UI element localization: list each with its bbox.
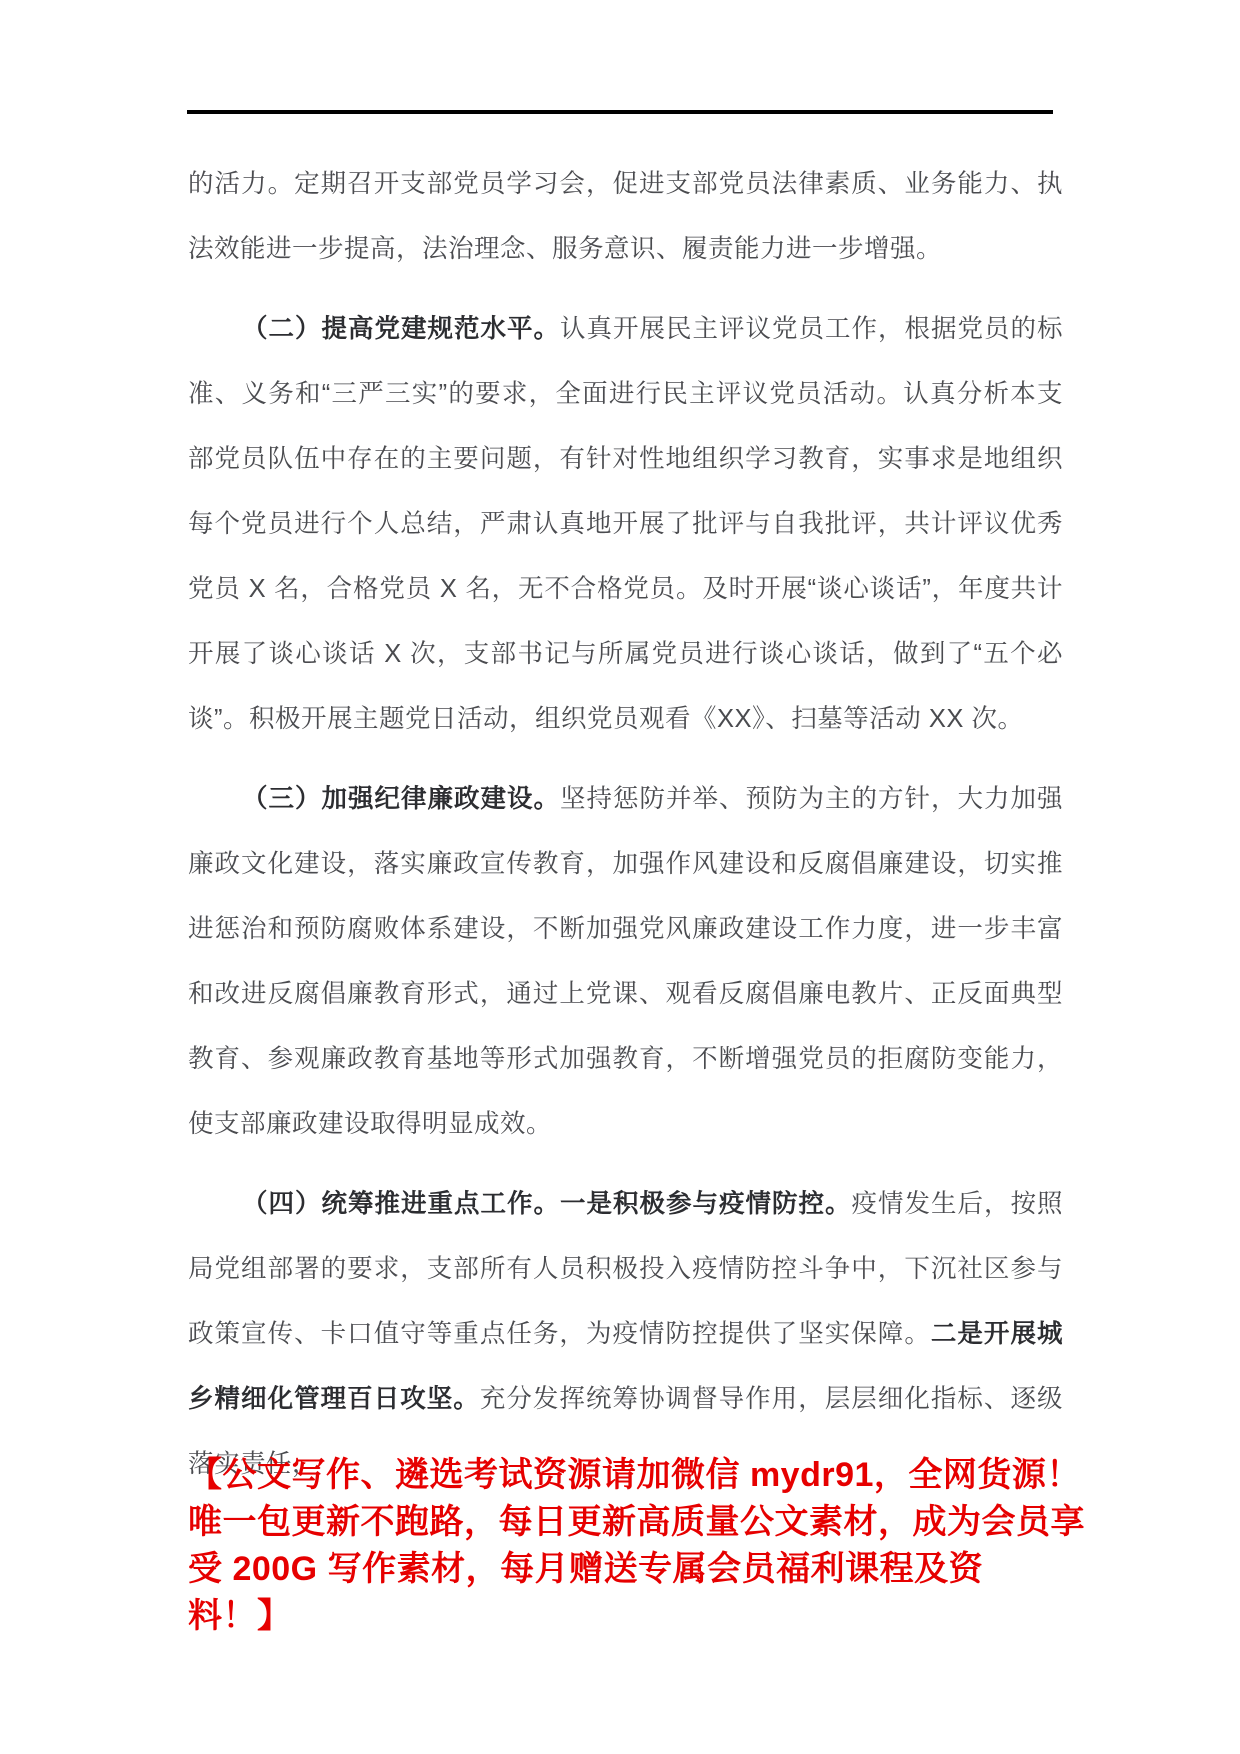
promo-notice-line: 【公文写作、遴选考试资源请加微信 mydr91，全网货源！ bbox=[188, 1452, 1088, 1499]
document-body: 的活力。定期召开支部党员学习会，促进支部党员法律素质、业务能力、执法效能进一步提… bbox=[188, 152, 1063, 1512]
promo-notice-line: 受 200G 写作素材，每月赠送专属会员福利课程及资 bbox=[188, 1546, 1088, 1593]
paragraph: （四）统筹推进重点工作。一是积极参与疫情防控。疫情发生后，按照局党组部署的要求，… bbox=[188, 1172, 1063, 1497]
paragraph-run-bold: （二）提高党建规范水平。 bbox=[242, 315, 560, 343]
paragraph: （二）提高党建规范水平。认真开展民主评议党员工作，根据党员的标准、义务和“三严三… bbox=[188, 297, 1063, 752]
promo-notice: 【公文写作、遴选考试资源请加微信 mydr91，全网货源！唯一包更新不跑路，每日… bbox=[188, 1452, 1088, 1640]
promo-notice-line: 唯一包更新不跑路，每日更新高质量公文素材，成为会员享 bbox=[188, 1499, 1088, 1546]
paragraph: 的活力。定期召开支部党员学习会，促进支部党员法律素质、业务能力、执法效能进一步提… bbox=[188, 152, 1063, 282]
paragraph-run-bold: （四）统筹推进重点工作。一是积极参与疫情防控。 bbox=[242, 1190, 851, 1218]
paragraph: （三）加强纪律廉政建设。坚持惩防并举、预防为主的方针，大力加强廉政文化建设，落实… bbox=[188, 767, 1063, 1157]
paragraph-run: 认真开展民主评议党员工作，根据党员的标准、义务和“三严三实”的要求，全面进行民主… bbox=[188, 315, 1063, 733]
promo-notice-line: 料！】 bbox=[188, 1593, 1088, 1640]
paragraph-run: 的活力。定期召开支部党员学习会，促进支部党员法律素质、业务能力、执法效能进一步提… bbox=[188, 170, 1063, 263]
header-divider-line bbox=[187, 110, 1053, 114]
document-page: 的活力。定期召开支部党员学习会，促进支部党员法律素质、业务能力、执法效能进一步提… bbox=[0, 0, 1240, 1754]
paragraph-run: 坚持惩防并举、预防为主的方针，大力加强廉政文化建设，落实廉政宣传教育，加强作风建… bbox=[188, 785, 1063, 1138]
paragraph-run-bold: （三）加强纪律廉政建设。 bbox=[242, 785, 560, 813]
